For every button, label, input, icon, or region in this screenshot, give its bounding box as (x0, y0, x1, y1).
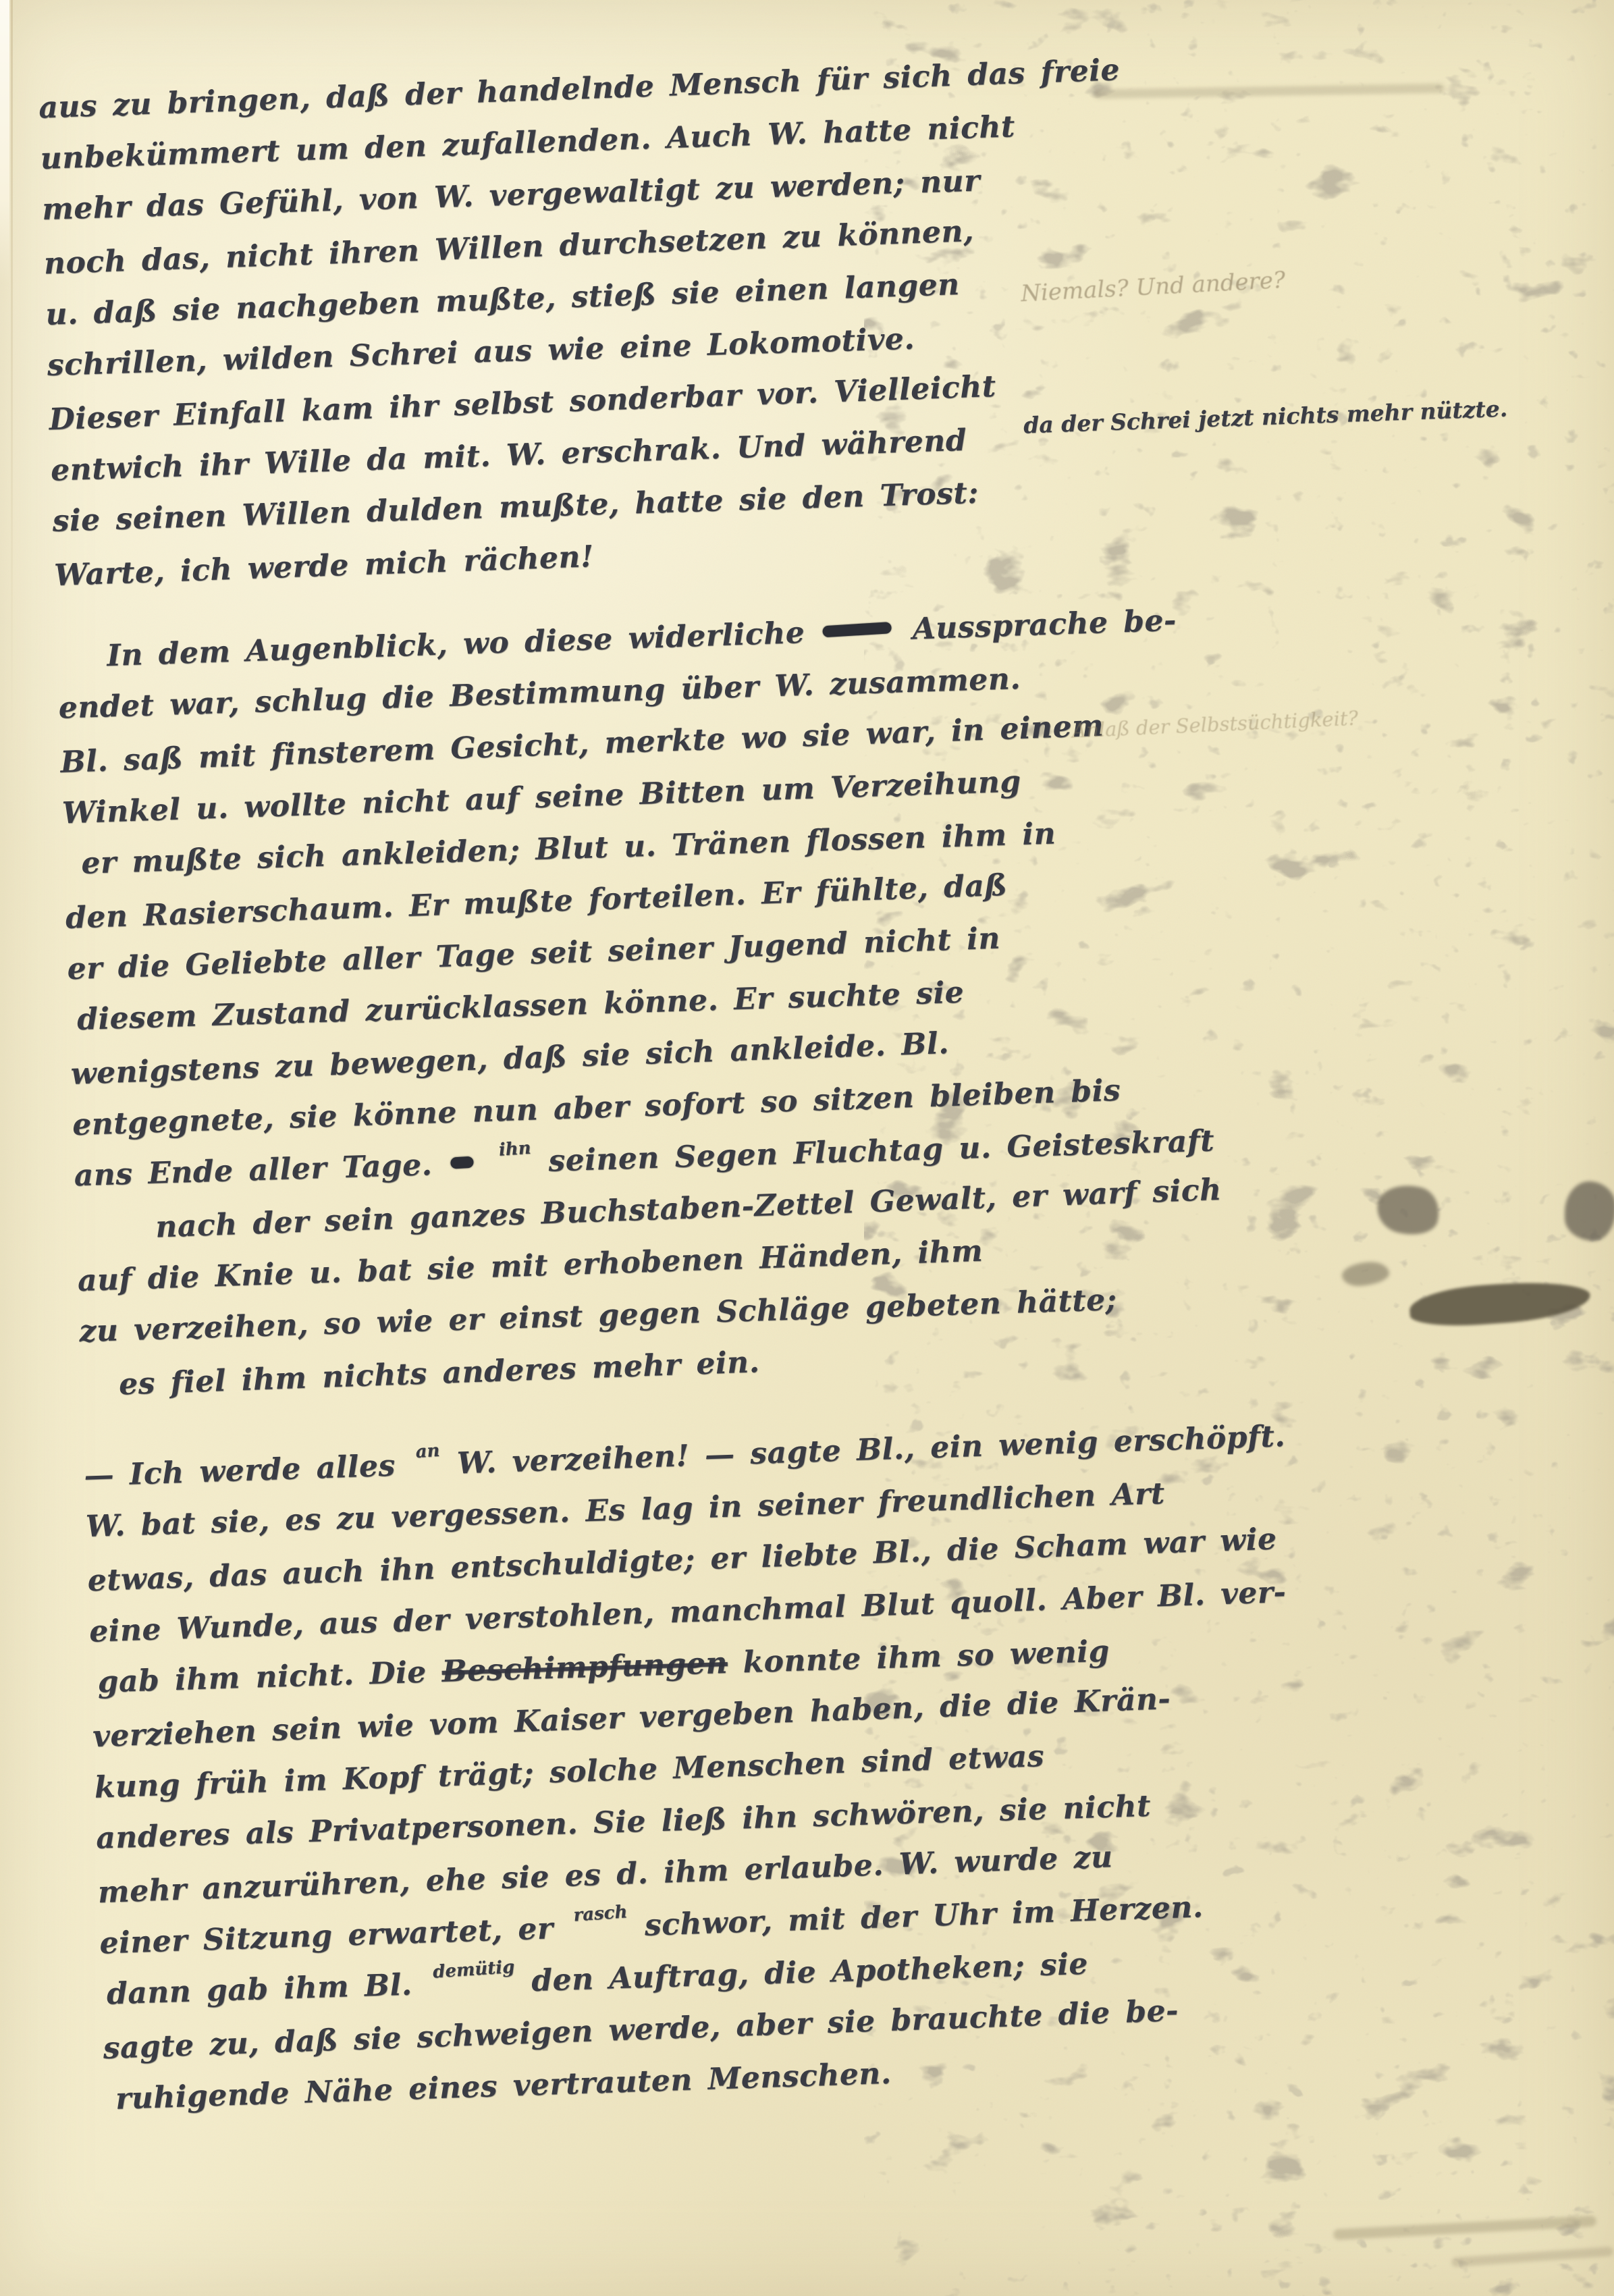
manuscript-page: aus zu bringen, daß der handelnde Mensch… (0, 0, 1614, 2296)
margin-note-ink: da der Schrei jetzt nichts mehr nützte. (1023, 395, 1508, 438)
inserted-word: demütig (431, 1942, 516, 1999)
scan-edge (0, 0, 9, 284)
margin-note-pencil-top: Niemals? Und andere? (1020, 267, 1286, 307)
pencil-smudge (1094, 83, 1445, 99)
manuscript-text-block: aus zu bringen, daß der handelnde Mensch… (38, 47, 1118, 2125)
struck-word: Beschimpfungen (441, 1646, 728, 1689)
pencil-smudge (1451, 2247, 1613, 2268)
ink-blot (1408, 1278, 1591, 1330)
margin-note-pencil-middle: Anlaß der Selbstsüchtigkeit? (1071, 706, 1358, 742)
ink-smudge (1341, 1260, 1390, 1287)
inserted-word: an (414, 1425, 441, 1478)
paper-crease (11, 0, 13, 743)
ink-blot (1373, 1181, 1443, 1239)
redacted-word (822, 622, 892, 637)
inserted-word: rasch (572, 1886, 629, 1942)
pencil-smudge (1333, 2216, 1596, 2240)
inserted-word: ihn (497, 1123, 533, 1177)
ink-blot (1565, 1181, 1614, 1241)
redacted-word (450, 1156, 474, 1169)
